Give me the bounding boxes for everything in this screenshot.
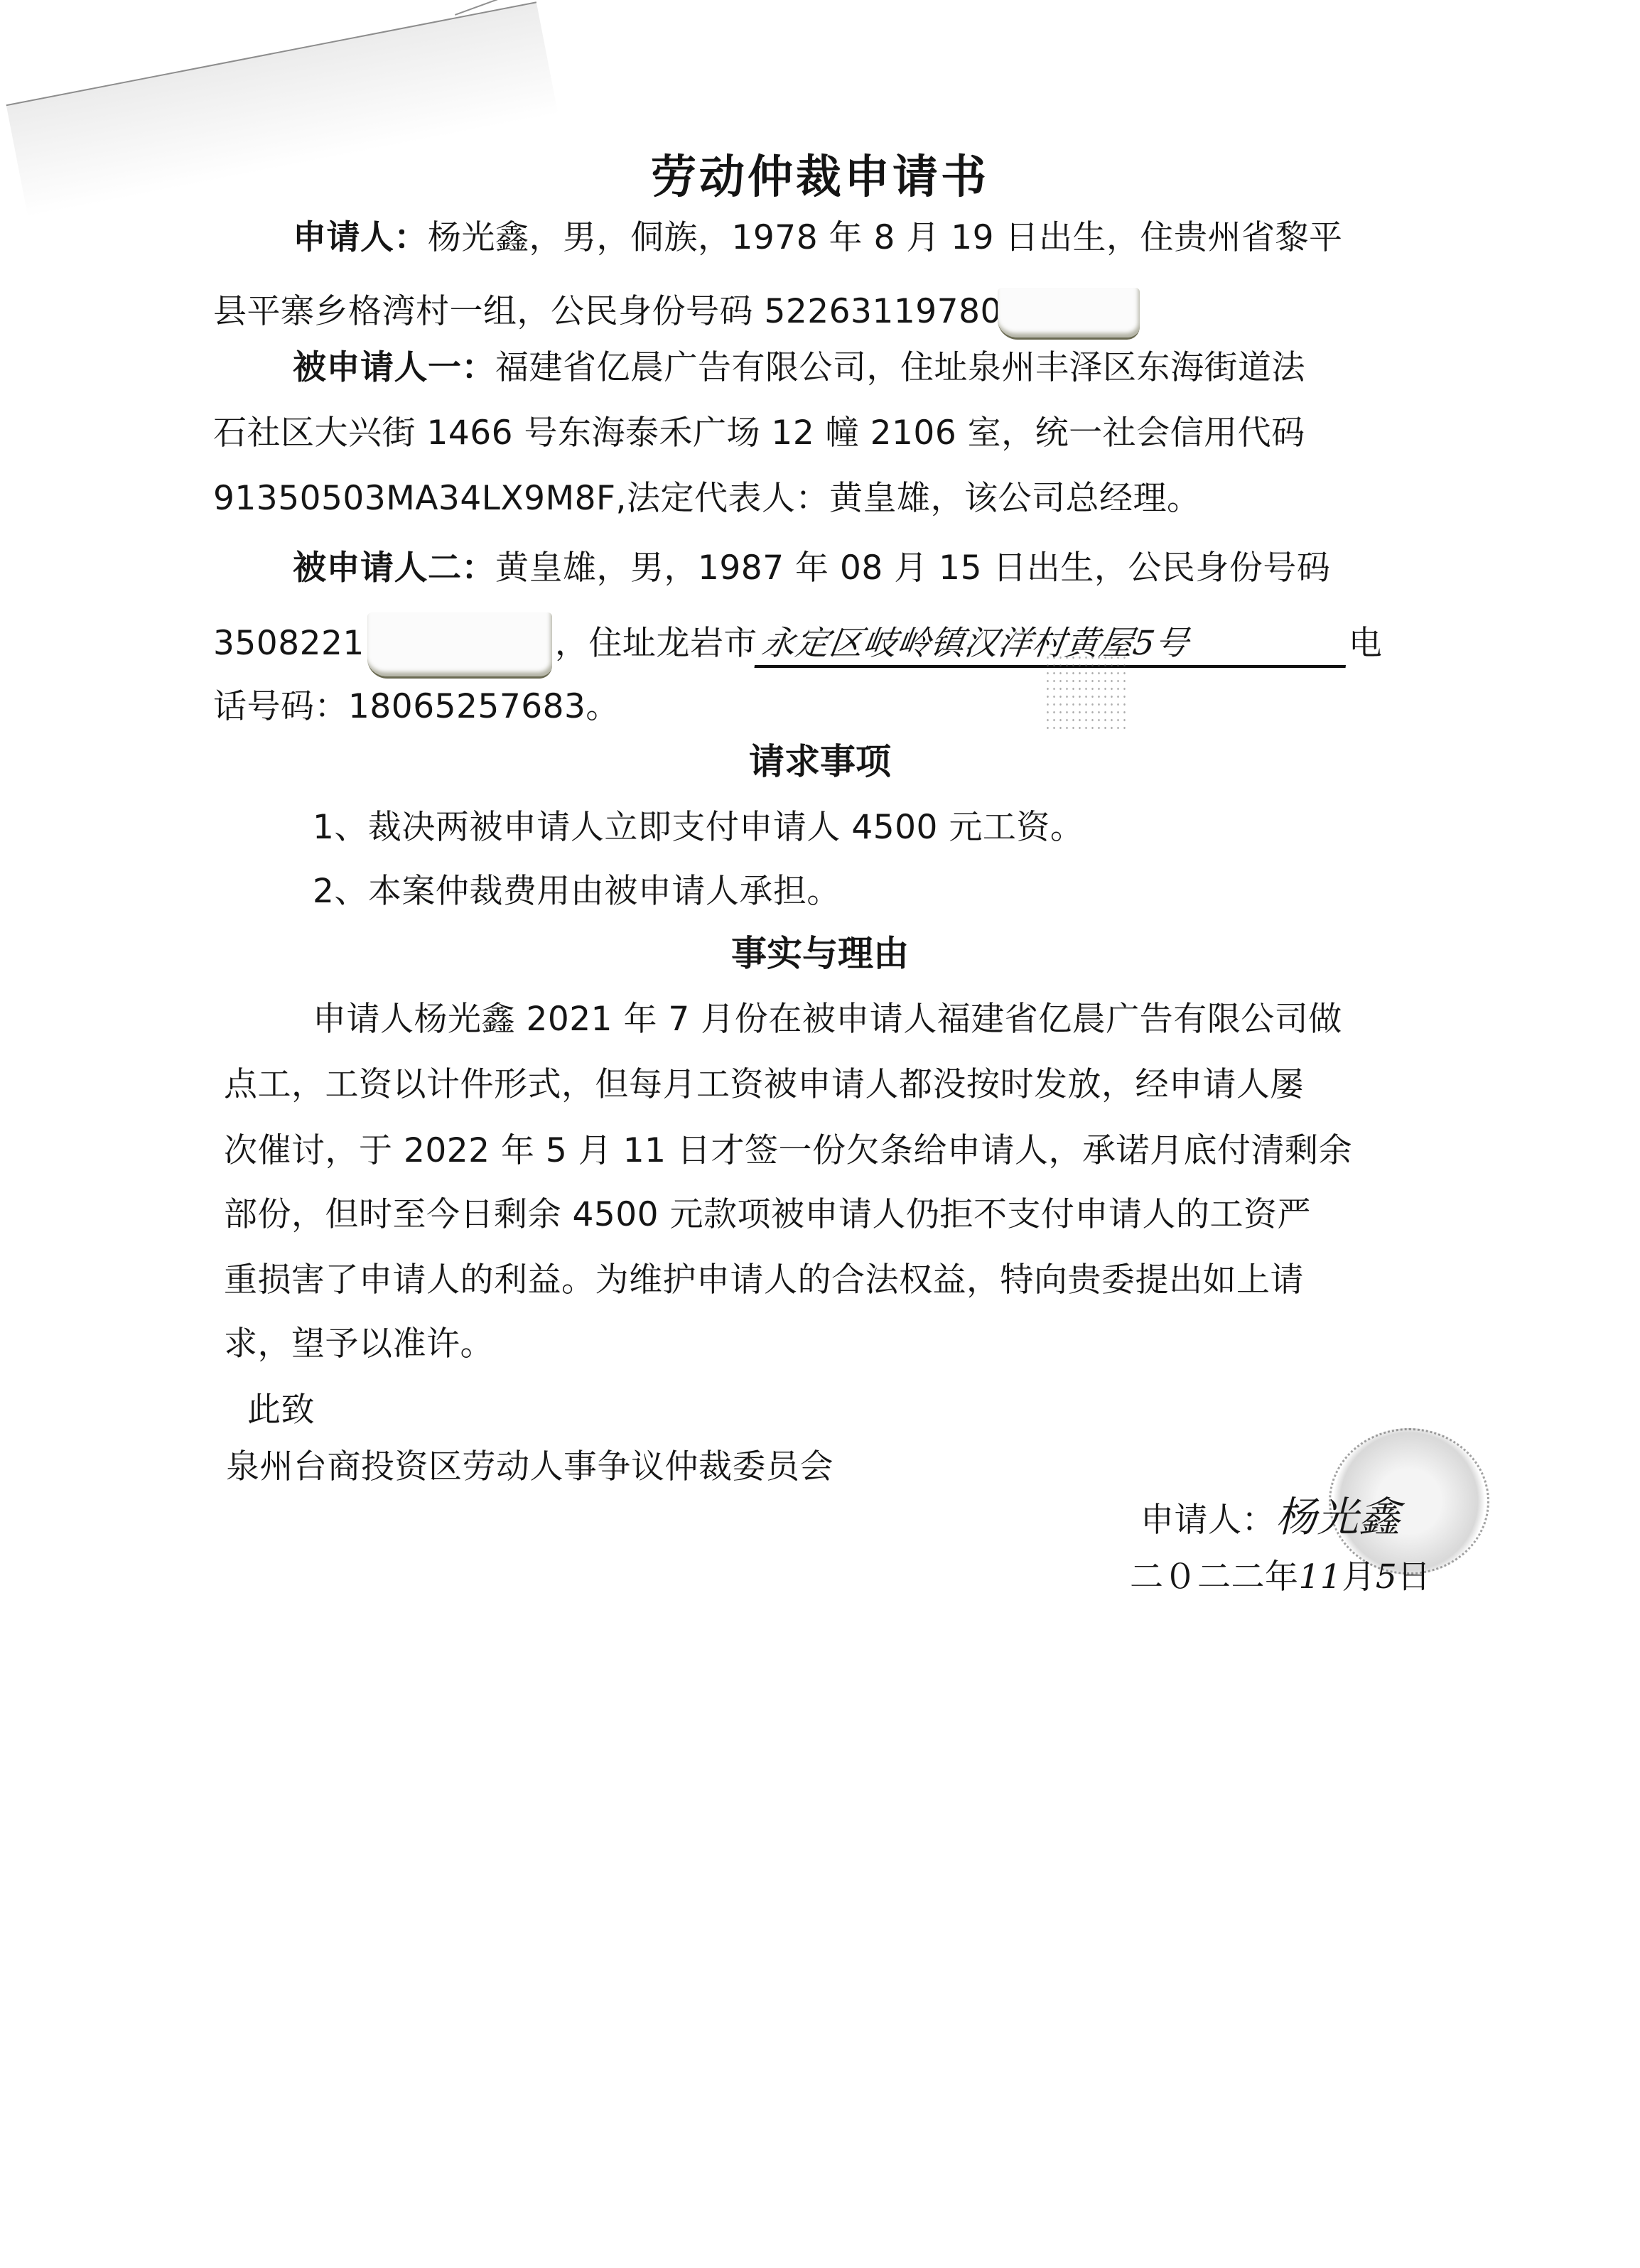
redacted-id-patch: [998, 288, 1140, 340]
respondent-two-line-1: 被申请人二：黄皇雄，男，1987 年 08 月 15 日出生，公民身份号码: [293, 547, 1330, 590]
applicant-line-1: 申请人：杨光鑫，男，侗族，1978 年 8 月 19 日出生，住贵州省黎平: [293, 217, 1343, 259]
date-year: 二０二二年: [1130, 1557, 1299, 1597]
respondent-one-line-3: 91350503MA34LX9M8F,法定代表人：黄皇雄，该公司总经理。: [213, 477, 1200, 520]
facts-line-5: 重损害了申请人的利益。为维护申请人的合法权益，特向贵委提出如上请: [224, 1259, 1304, 1302]
handwritten-signature: 杨光鑫: [1275, 1493, 1401, 1541]
facts-line-2: 点工，工资以计件形式，但每月工资被申请人都没按时发放，经申请人屡: [224, 1064, 1304, 1106]
respondent-two-line-3: 话号码：18065257683。: [213, 686, 620, 728]
addressee: 泉州台商投资区劳动人事争议仲裁委员会: [226, 1446, 834, 1489]
signature-line: 申请人：杨光鑫: [1140, 1496, 1401, 1542]
claim-item-2: 2、本案仲裁费用由被申请人承担。: [313, 870, 841, 913]
salutation: 此致: [247, 1389, 315, 1432]
facts-heading: 事实与理由: [0, 931, 1640, 976]
date-month-label: 月: [1342, 1557, 1376, 1597]
redacted-id-patch-2: [367, 612, 552, 679]
applicant-line-2: 县平寨乡格湾村一组，公民身份号码 52263119780: [213, 288, 1140, 340]
scan-noise: [1045, 654, 1130, 732]
respondent-two-label: 被申请人二：: [293, 549, 495, 588]
facts-line-4: 部份，但时至今日剩余 4500 元款项被申请人仍拒不支付申请人的工资严: [224, 1194, 1311, 1236]
respondent-one-label: 被申请人一：: [293, 348, 495, 387]
claims-heading: 请求事项: [0, 739, 1640, 784]
facts-line-1: 申请人杨光鑫 2021 年 7 月份在被申请人福建省亿晨广告有限公司做: [313, 998, 1342, 1041]
applicant-details: 杨光鑫，男，侗族，1978 年 8 月 19 日出生，住贵州省黎平: [428, 218, 1343, 257]
facts-line-3: 次催讨，于 2022 年 5 月 11 日才签一份欠条给申请人，承诺月底付清剩余: [224, 1130, 1352, 1172]
date-day-handwritten: 5: [1376, 1557, 1397, 1597]
applicant-address-id: 县平寨乡格湾村一组，公民身份号码 52263119780: [213, 292, 1002, 331]
document-title: 劳动仲裁申请书: [0, 149, 1640, 206]
respondent-two-address-label: ，住址龙岩市: [555, 624, 757, 663]
signature-label: 申请人：: [1140, 1501, 1275, 1540]
facts-line-6: 求，望予以准许。: [224, 1323, 494, 1366]
respondent-one-line-1: 被申请人一：福建省亿晨广告有限公司，住址泉州丰泽区东海街道法: [293, 347, 1305, 389]
respondent-one-line-2: 石社区大兴街 1466 号东海泰禾广场 12 幢 2106 室，统一社会信用代码: [213, 412, 1305, 455]
respondent-two-line-2: 3508221，住址龙岩市永定区岐岭镇汉洋村黄屋5号电: [213, 612, 1382, 679]
applicant-label: 申请人：: [293, 218, 428, 257]
date-month-handwritten: 11: [1299, 1557, 1342, 1597]
document-page: 劳动仲裁申请书 申请人：杨光鑫，男，侗族，1978 年 8 月 19 日出生，住…: [0, 0, 1640, 2268]
date-line: 二０二二年11月5日: [1130, 1556, 1431, 1599]
claim-item-1: 1、裁决两被申请人立即支付申请人 4500 元工资。: [313, 806, 1084, 849]
respondent-one-details: 福建省亿晨广告有限公司，住址泉州丰泽区东海街道法: [495, 348, 1305, 387]
date-day-label: 日: [1397, 1557, 1431, 1597]
respondent-two-details: 黄皇雄，男，1987 年 08 月 15 日出生，公民身份号码: [495, 549, 1330, 588]
respondent-two-tail: 电: [1349, 624, 1383, 663]
respondent-two-id-prefix: 3508221: [213, 624, 365, 663]
